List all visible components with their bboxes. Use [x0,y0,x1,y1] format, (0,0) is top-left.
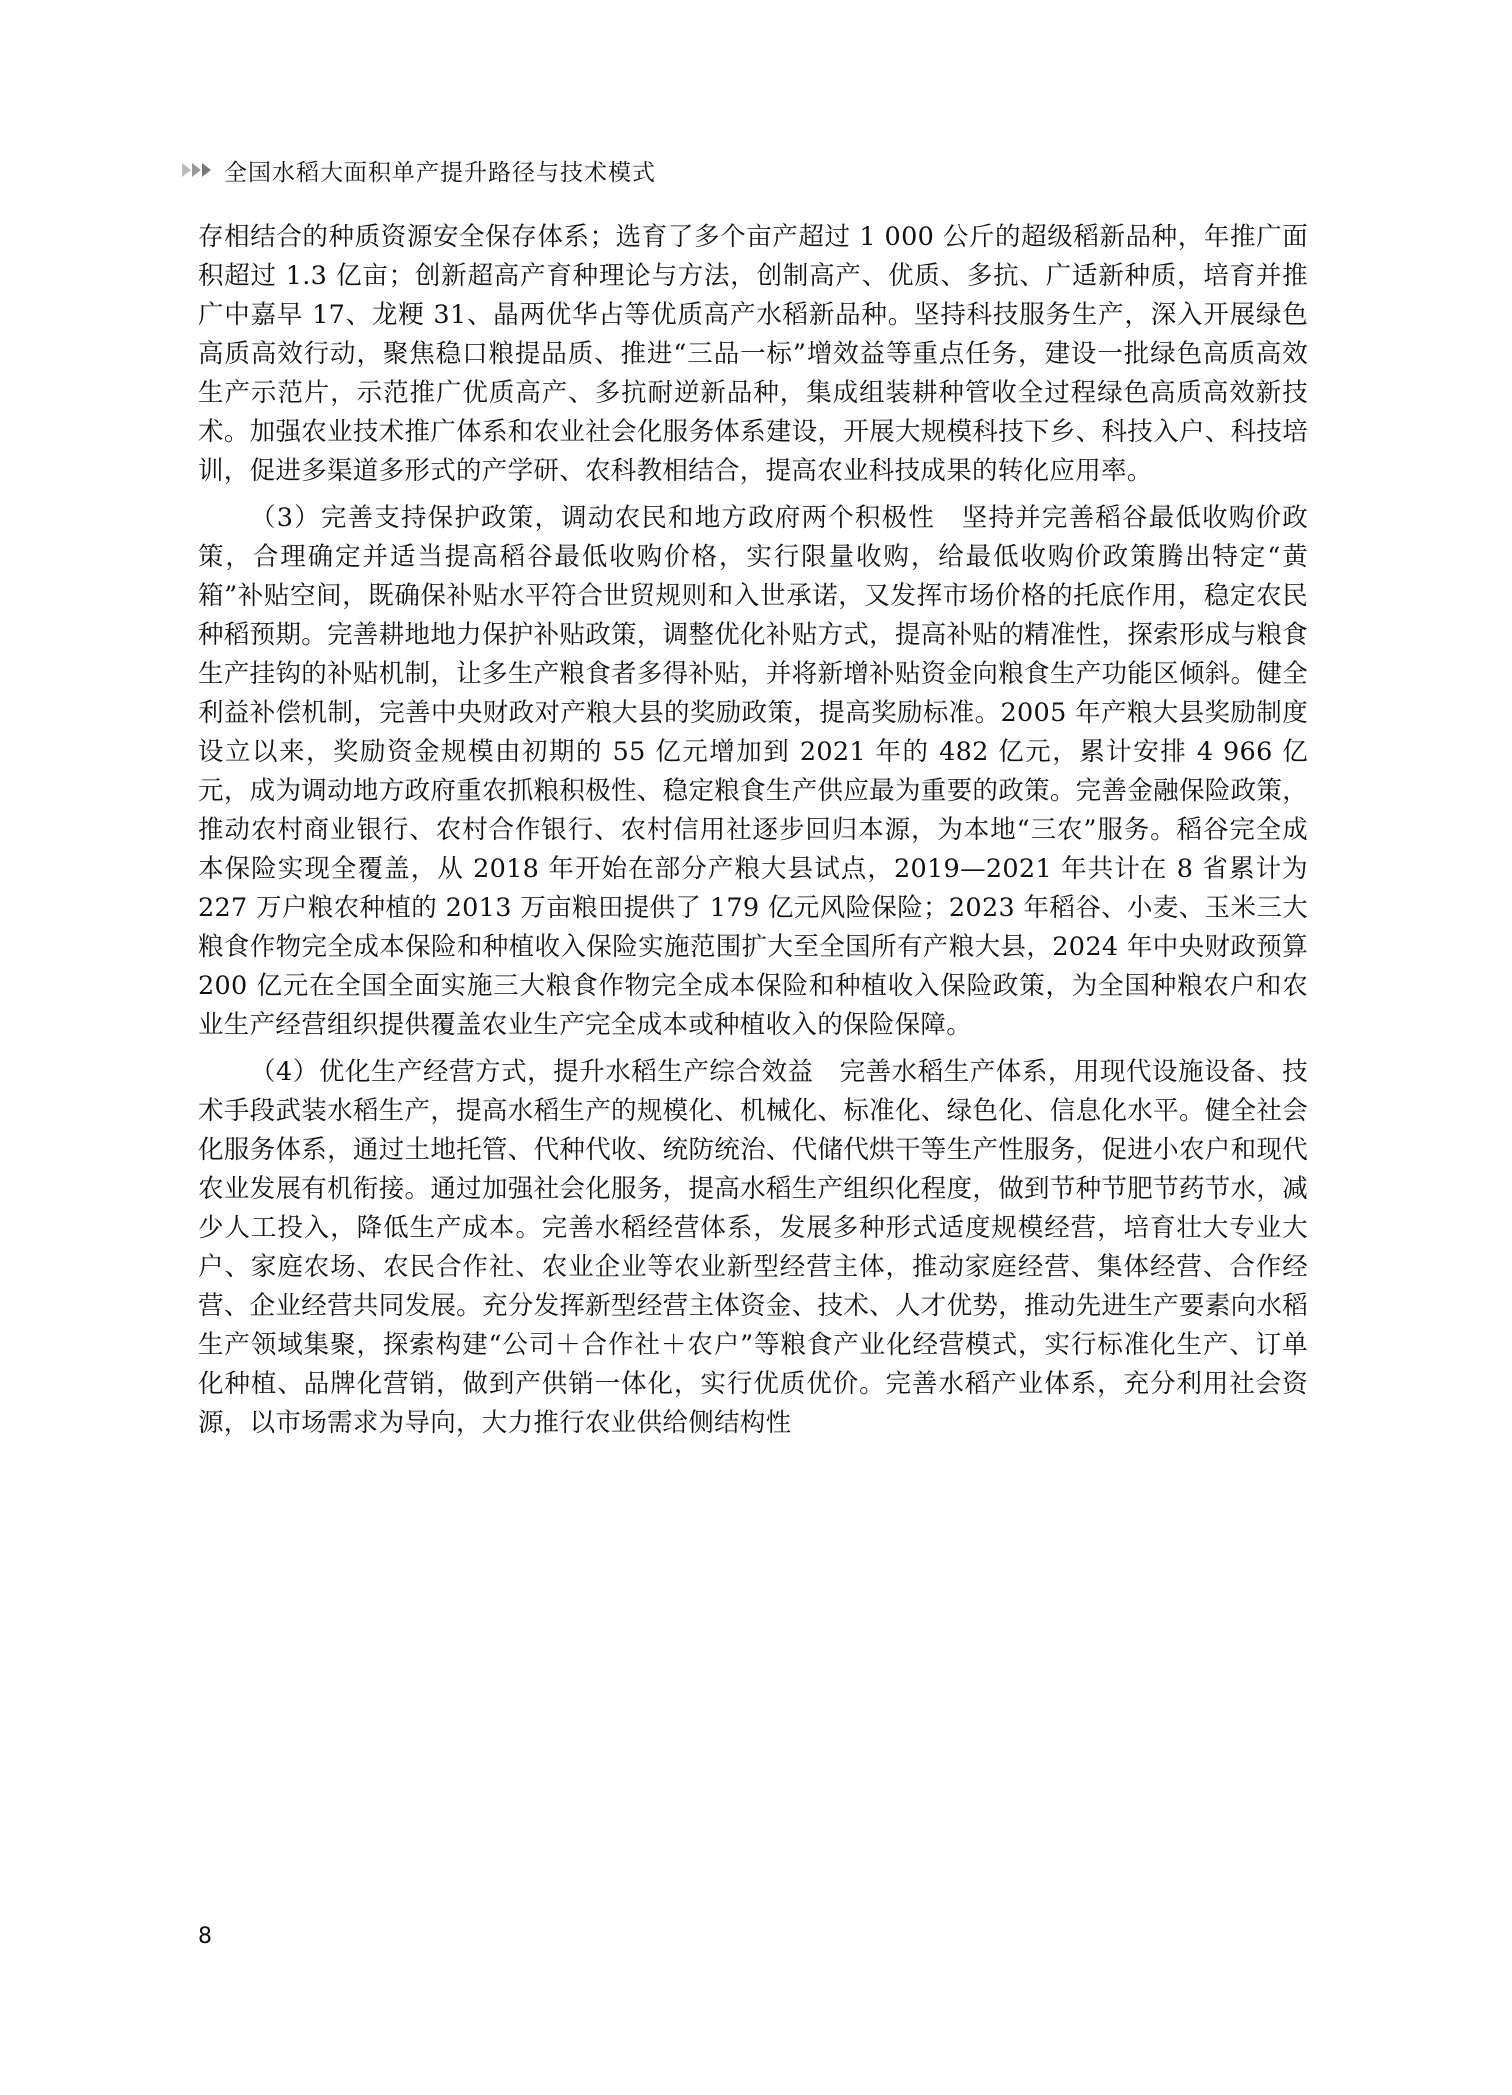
running-header: 全国水稻大面积单产提升路径与技术模式 [182,152,656,188]
paragraph-text: 坚持并完善稻谷最低收购价政策，合理确定并适当提高稻谷最低收购价格，实行限量收购，… [198,503,1308,1040]
paragraph-production-management: （4）优化生产经营方式，提升水稻生产综合效益 完善水稻生产体系，用现代设施设备、… [198,1053,1308,1443]
paragraph-heading: （3）完善支持保护政策，调动农民和地方政府两个积极性 [250,503,962,533]
book-title: 全国水稻大面积单产提升路径与技术模式 [224,154,656,187]
paragraph-policy-support: （3）完善支持保护政策，调动农民和地方政府两个积极性 坚持并完善稻谷最低收购价政… [198,499,1308,1045]
paragraph-text: 完善水稻生产体系，用现代设施设备、技术手段武装水稻生产，提高水稻生产的规模化、机… [198,1057,1308,1438]
page-number: 8 [198,1924,212,1949]
paragraph-text: 存相结合的种质资源安全保存体系；选育了多个亩产超过 1 000 公斤的超级稻新品… [198,222,1308,486]
paragraph-heading: （4）优化生产经营方式，提升水稻生产综合效益 [250,1057,840,1087]
body-text: 存相结合的种质资源安全保存体系；选育了多个亩产超过 1 000 公斤的超级稻新品… [198,218,1308,1451]
paragraph-continuation: 存相结合的种质资源安全保存体系；选育了多个亩产超过 1 000 公斤的超级稻新品… [198,218,1308,491]
triple-chevron-right-icon [182,163,212,177]
